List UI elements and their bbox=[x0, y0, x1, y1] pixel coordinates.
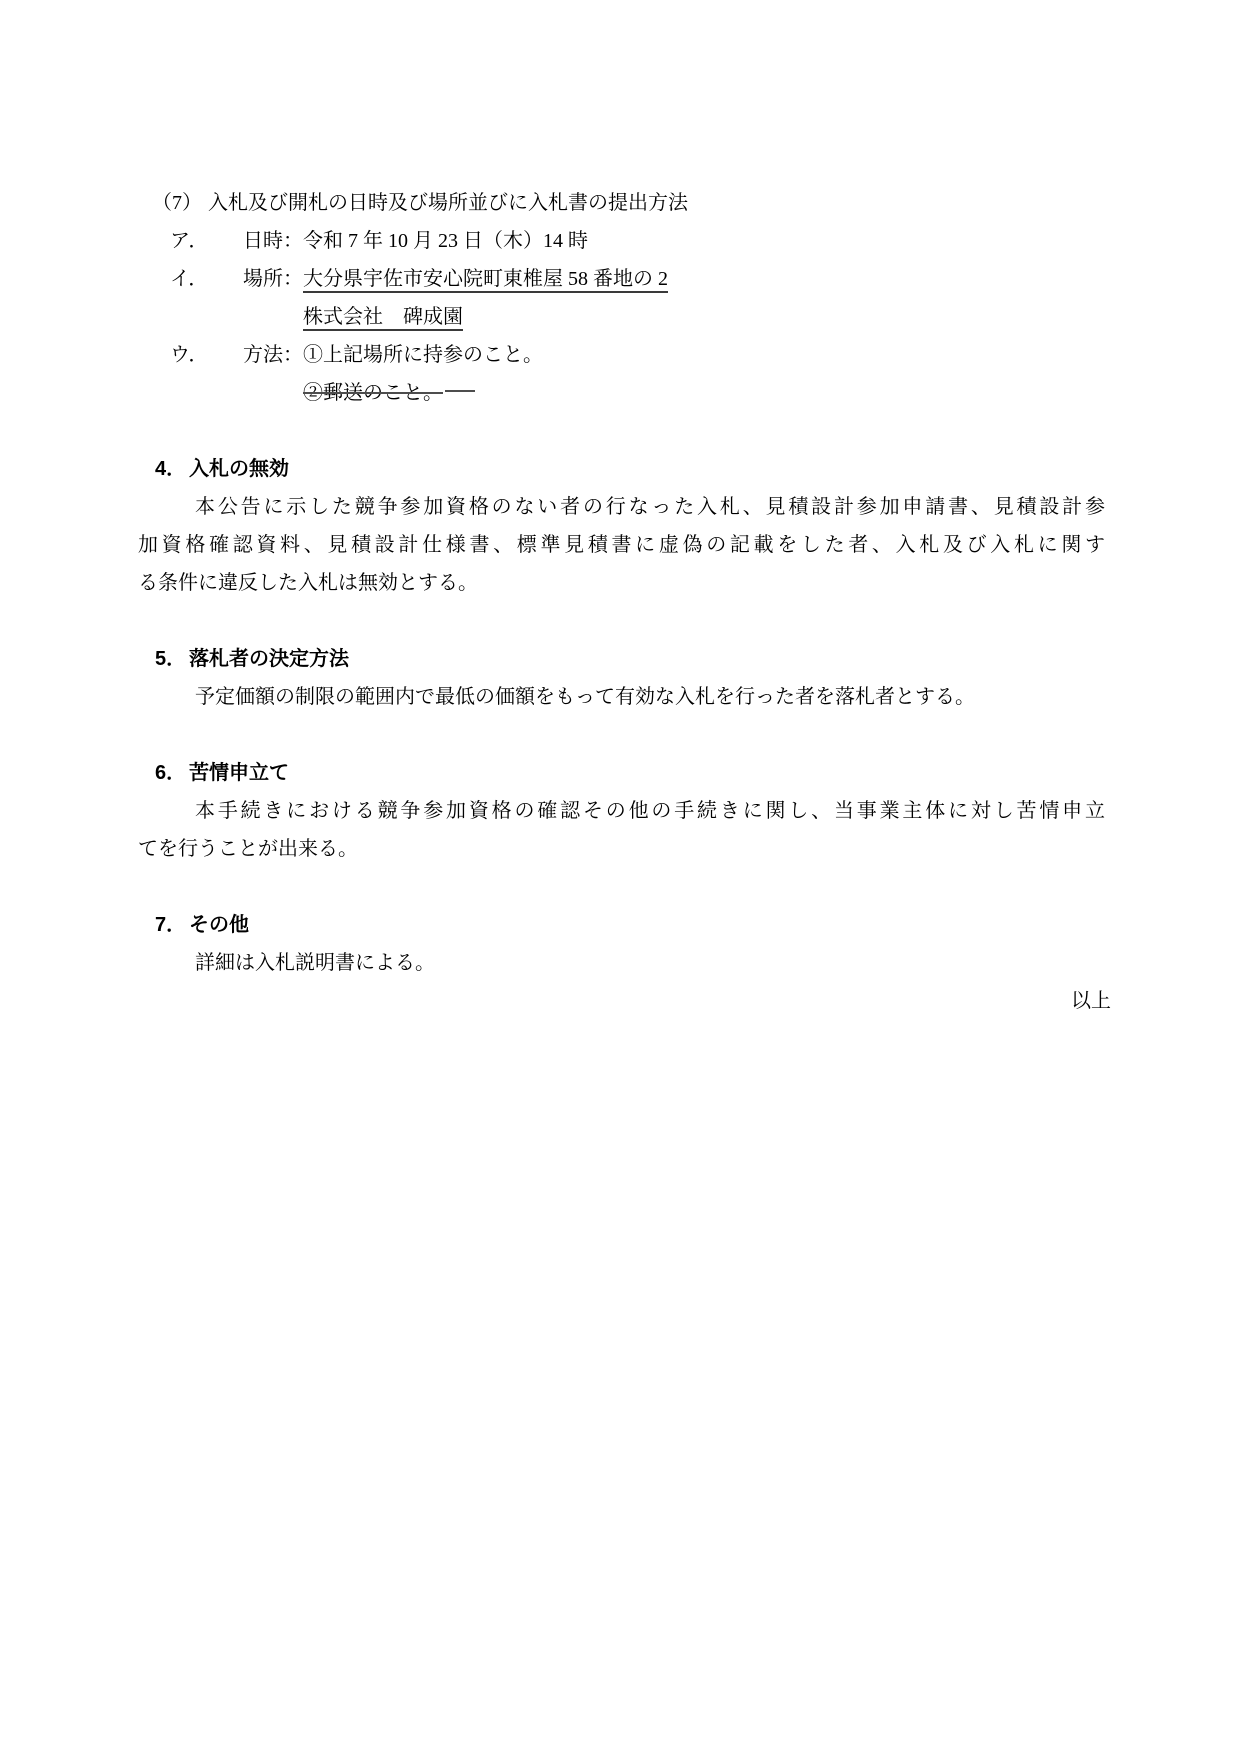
section-7: 7．その他 詳細は入札説明書による。 bbox=[0, 906, 1241, 982]
body-line: る条件に違反した入札は無効とする。 bbox=[138, 564, 1105, 602]
section-body: 本公告に示した競争参加資格のない者の行なった入札、見積設計参加申請書、見積設計参… bbox=[138, 488, 1105, 602]
section-number: 6． bbox=[155, 754, 189, 792]
document-content: （7）入札及び開札の日時及び場所並びに入札書の提出方法 ア．日時：令和 7 年 … bbox=[0, 0, 1241, 1020]
section-number: 7． bbox=[155, 906, 189, 944]
company-name: 株式会社 碑成園 bbox=[303, 306, 463, 328]
section-heading: 6．苦情申立て bbox=[0, 754, 1241, 792]
body-line: 本公告に示した競争参加資格のない者の行なった入札、見積設計参加申請書、見積設計参 bbox=[138, 488, 1105, 526]
subrow-field: 場所： bbox=[243, 268, 303, 290]
section-body: 予定価額の制限の範囲内で最低の価額をもって有効な入札を行った者を落札者とする。 bbox=[138, 678, 1105, 716]
method-option-1: ①上記場所に持参のこと。 bbox=[303, 344, 543, 366]
subrow-place: イ．場所：大分県宇佐市安心院町東椎屋 58 番地の 2 bbox=[0, 260, 1241, 298]
strikethrough-tail-line bbox=[445, 390, 475, 392]
section-title: 苦情申立て bbox=[189, 762, 289, 784]
method-option-2-struck: ②郵送のこと。 bbox=[303, 382, 443, 404]
closing-text: 以上 bbox=[0, 982, 1241, 1020]
item7-row: （7）入札及び開札の日時及び場所並びに入札書の提出方法 bbox=[0, 184, 1241, 222]
section-heading: 7．その他 bbox=[0, 906, 1241, 944]
section-heading: 5．落札者の決定方法 bbox=[0, 640, 1241, 678]
datetime-value: 令和 7 年 10 月 23 日（木）14 時 bbox=[303, 230, 588, 252]
section-6: 6．苦情申立て 本手続きにおける競争参加資格の確認その他の手続きに関し、当事業主… bbox=[0, 754, 1241, 868]
body-line: てを行うことが出来る。 bbox=[138, 830, 1105, 868]
section-number: 5． bbox=[155, 640, 189, 678]
place-address-value: 大分県宇佐市安心院町東椎屋 58 番地の 2 bbox=[303, 268, 668, 290]
section-body: 本手続きにおける競争参加資格の確認その他の手続きに関し、当事業主体に対し苦情申立… bbox=[138, 792, 1105, 868]
body-line: 詳細は入札説明書による。 bbox=[138, 944, 1105, 982]
body-line: 本手続きにおける競争参加資格の確認その他の手続きに関し、当事業主体に対し苦情申立 bbox=[138, 792, 1105, 830]
section-title: 入札の無効 bbox=[189, 458, 289, 480]
section-number: 4． bbox=[155, 450, 189, 488]
section-4: 4．入札の無効 本公告に示した競争参加資格のない者の行なった入札、見積設計参加申… bbox=[0, 450, 1241, 602]
body-line: 加資格確認資料、見積設計仕様書、標準見積書に虚偽の記載をした者、入札及び入札に関… bbox=[138, 526, 1105, 564]
subrow-place-continuation: 株式会社 碑成園 bbox=[0, 298, 1241, 336]
section-title: 落札者の決定方法 bbox=[189, 648, 349, 670]
subrow-label: イ． bbox=[170, 260, 243, 298]
document-page: （7）入札及び開札の日時及び場所並びに入札書の提出方法 ア．日時：令和 7 年 … bbox=[0, 0, 1241, 1755]
subrow-field: 方法： bbox=[243, 344, 303, 366]
subrow-datetime: ア．日時：令和 7 年 10 月 23 日（木）14 時 bbox=[0, 222, 1241, 260]
subrow-label: ア． bbox=[170, 222, 243, 260]
subrow-field: 日時： bbox=[243, 230, 303, 252]
subrow-method: ウ．方法：①上記場所に持参のこと。 bbox=[0, 336, 1241, 374]
body-line: 予定価額の制限の範囲内で最低の価額をもって有効な入札を行った者を落札者とする。 bbox=[138, 678, 1105, 716]
item7-title: 入札及び開札の日時及び場所並びに入札書の提出方法 bbox=[208, 192, 688, 214]
section-heading: 4．入札の無効 bbox=[0, 450, 1241, 488]
section-title: その他 bbox=[189, 914, 249, 936]
subrow-label: ウ． bbox=[170, 336, 243, 374]
section-body: 詳細は入札説明書による。 bbox=[138, 944, 1105, 982]
subrow-method-continuation: ②郵送のこと。 bbox=[0, 374, 1241, 412]
section-5: 5．落札者の決定方法 予定価額の制限の範囲内で最低の価額をもって有効な入札を行っ… bbox=[0, 640, 1241, 716]
item7-label: （7） bbox=[152, 184, 208, 222]
